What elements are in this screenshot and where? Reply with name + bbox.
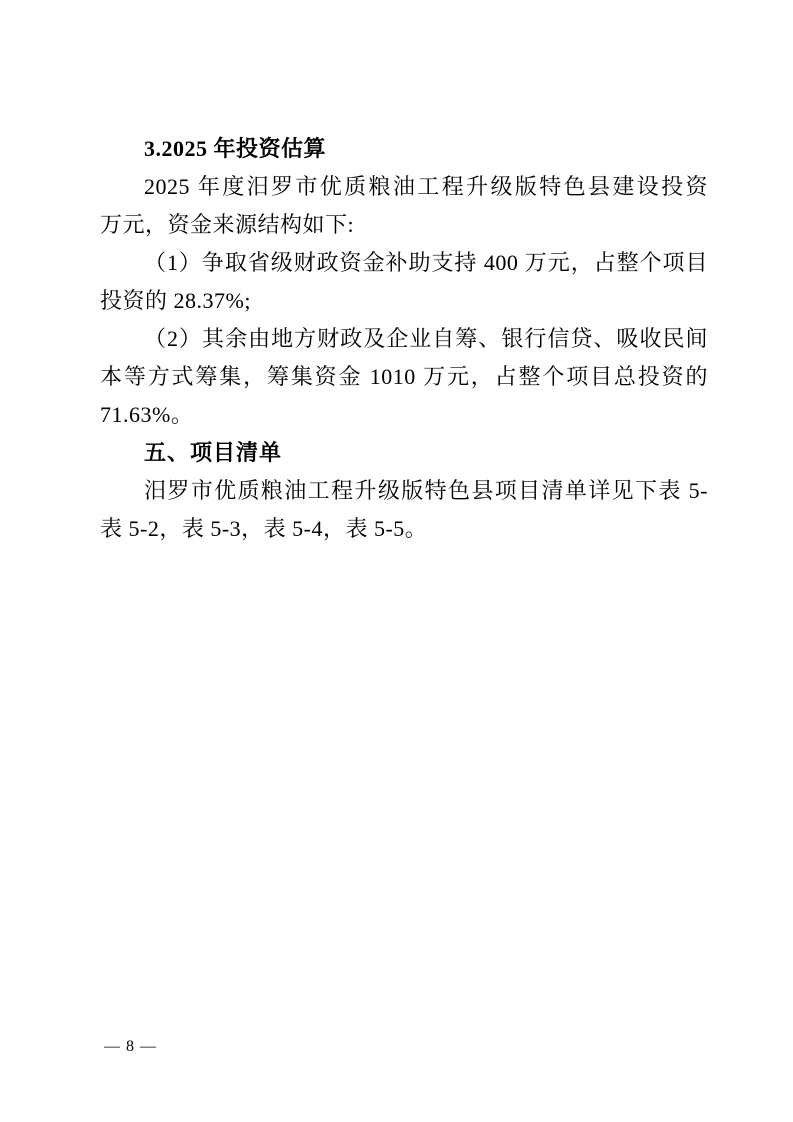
paragraph-line: 万元，资金来源结构如下: <box>100 206 708 244</box>
paragraph-line: 71.63%。 <box>100 396 708 434</box>
paragraph-line: 投资的 28.37%; <box>100 282 708 320</box>
document-body: 3.2025 年投资估算 2025 年度汨罗市优质粮油工程升级版特色县建设投资 … <box>100 130 708 548</box>
paragraph-line: 2025 年度汨罗市优质粮油工程升级版特色县建设投资 1410 <box>100 168 708 206</box>
paragraph-line: 本等方式筹集，筹集资金 1010 万元，占整个项目总投资的 <box>100 358 708 396</box>
paragraph-line: 表 5-2，表 5-3，表 5-4，表 5-5。 <box>100 510 708 548</box>
page-number: — 8 — <box>104 1037 157 1057</box>
paragraph-line: 汨罗市优质粮油工程升级版特色县项目清单详见下表 5-1， <box>100 472 708 510</box>
paragraph-line: （2）其余由地方财政及企业自筹、银行信贷、吸收民间资 <box>100 320 708 358</box>
heading-investment-estimate-2025: 3.2025 年投资估算 <box>100 130 708 168</box>
paragraph-line: （1）争取省级财政资金补助支持 400 万元，占整个项目总 <box>100 244 708 282</box>
heading-project-list: 五、项目清单 <box>100 434 708 472</box>
document-page: 3.2025 年投资估算 2025 年度汨罗市优质粮油工程升级版特色县建设投资 … <box>0 0 793 1122</box>
